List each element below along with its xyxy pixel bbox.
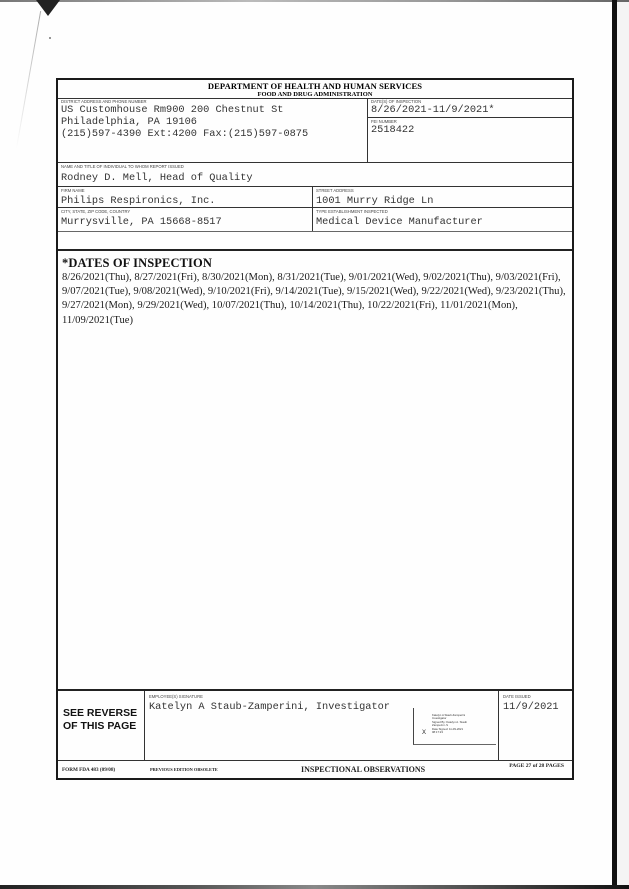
district-line-1: US Customhouse Rm900 200 Chestnut St — [61, 104, 365, 116]
date-issued-label: DATE ISSUED — [503, 694, 569, 699]
signature-mark: X — [422, 730, 426, 736]
fold-line — [16, 11, 41, 149]
form-title: INSPECTIONAL OBSERVATIONS — [301, 765, 425, 774]
form-footer: FORM FDA 483 (09/08) PREVIOUS EDITION OB… — [58, 761, 572, 778]
previous-edition-note: PREVIOUS EDITION OBSOLETE — [150, 767, 218, 772]
city-label: CITY, STATE, ZIP CODE, COUNTRY — [61, 209, 310, 214]
see-reverse-line-2: OF THIS PAGE — [63, 720, 137, 733]
firm-value: Philips Respironics, Inc. — [61, 195, 310, 207]
page-edge-right — [612, 0, 617, 889]
date-issued-field: DATE ISSUED 11/9/2021 — [499, 691, 572, 760]
see-reverse-line-1: SEE REVERSE — [63, 707, 137, 720]
inspection-dates-value: 8/26/2021-11/9/2021* — [371, 104, 570, 116]
firm-name-field: FIRM NAME Philips Respironics, Inc. — [58, 187, 313, 208]
scan-speck — [49, 37, 51, 39]
district-address-field: DISTRICT ADDRESS AND PHONE NUMBER US Cus… — [58, 98, 368, 163]
recipient-value: Rodney D. Mell, Head of Quality — [61, 172, 570, 184]
district-line-2: Philadelphia, PA 19106 — [61, 116, 365, 128]
page-edge-top — [0, 0, 629, 2]
form-number: FORM FDA 483 (09/08) — [62, 767, 115, 773]
district-line-3: (215)597-4390 Ext:4200 Fax:(215)597-0875 — [61, 128, 365, 140]
department-title: DEPARTMENT OF HEALTH AND HUMAN SERVICES — [58, 82, 572, 91]
date-issued-value: 11/9/2021 — [503, 701, 569, 713]
firm-label: FIRM NAME — [61, 188, 310, 193]
scanned-page: DEPARTMENT OF HEALTH AND HUMAN SERVICES … — [0, 0, 616, 886]
recipient-label: NAME AND TITLE OF INDIVIDUAL TO WHOM REP… — [61, 164, 570, 169]
form-header: DEPARTMENT OF HEALTH AND HUMAN SERVICES … — [58, 80, 572, 99]
employee-signature-field: EMPLOYEE(S) SIGNATURE Katelyn A Staub-Za… — [145, 691, 499, 760]
city-field: CITY, STATE, ZIP CODE, COUNTRY Murrysvil… — [58, 208, 313, 231]
observations-body: *DATES OF INSPECTION 8/26/2021(Thu), 8/2… — [62, 256, 566, 328]
page-number: PAGE 27 of 28 PAGES — [509, 763, 564, 769]
establishment-label: TYPE ESTABLISHMENT INSPECTED — [316, 209, 570, 214]
digital-signature-stamp: Katelyn A Staub-Zamperini Investigator S… — [432, 714, 467, 734]
street-value: 1001 Murry Ridge Ln — [316, 195, 570, 207]
stamp-line: 08:17:23 — [432, 731, 467, 734]
see-reverse-box: SEE REVERSE OF THIS PAGE — [58, 691, 145, 760]
street-address-field: STREET ADDRESS 1001 Murry Ridge Ln — [313, 187, 572, 208]
city-value: Murrysville, PA 15668-8517 — [61, 216, 310, 228]
fei-value: 2518422 — [371, 124, 570, 136]
digital-signature-box: X Katelyn A Staub-Zamperini Investigator… — [413, 708, 496, 745]
dates-of-inspection-list: 8/26/2021(Thu), 8/27/2021(Fri), 8/30/202… — [62, 271, 566, 328]
page-edge-bottom — [0, 885, 629, 889]
dates-of-inspection-heading: *DATES OF INSPECTION — [62, 256, 566, 270]
divider — [58, 249, 572, 251]
fei-number-field: FEI NUMBER 2518422 — [368, 118, 572, 163]
divider — [58, 231, 572, 232]
establishment-value: Medical Device Manufacturer — [316, 216, 570, 228]
street-label: STREET ADDRESS — [316, 188, 570, 193]
establishment-type-field: TYPE ESTABLISHMENT INSPECTED Medical Dev… — [313, 208, 572, 231]
signature-label: EMPLOYEE(S) SIGNATURE — [149, 694, 495, 699]
recipient-field: NAME AND TITLE OF INDIVIDUAL TO WHOM REP… — [58, 163, 572, 187]
inspection-dates-field: DATE(S) OF INSPECTION 8/26/2021-11/9/202… — [368, 98, 572, 118]
fda-483-form: DEPARTMENT OF HEALTH AND HUMAN SERVICES … — [56, 78, 574, 780]
